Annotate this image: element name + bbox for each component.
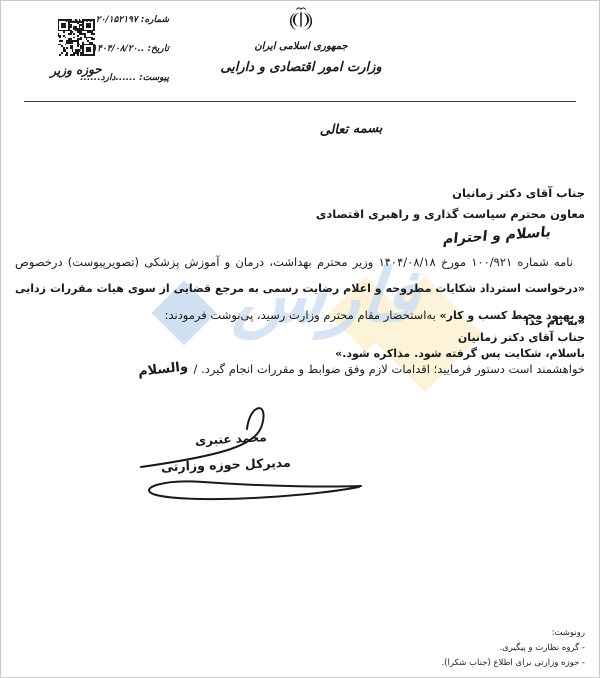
cc-block: رونوشت: - گروه نظارت و پیگیری. - حوزه وز… [441, 626, 585, 671]
handwritten-valediction: والسلام [137, 359, 188, 379]
minister-annotation: «به نام خدا جناب آقای دکتر زمانیان باسلا… [335, 314, 585, 362]
annotation-line: «به نام خدا [335, 314, 585, 330]
signature-block: محمد عنبری مدیرکل حوزه وزارتی [129, 399, 381, 517]
cc-item: - حوزه وزارتی برای اطلاع (جناب شکرا). [441, 656, 585, 671]
addressee-title: معاون محترم سیاست گذاری و راهبری اقتصادی [316, 204, 585, 225]
annotation-line: باسلام، شکایت پس گرفته شود. مذاکره شود.» [335, 346, 585, 362]
body-text-pre: نامه شماره ۱۰۰/۹۲۱ مورخ ۱۴۰۴/۰۸/۱۸ وزیر … [15, 255, 573, 269]
iran-emblem-icon [288, 5, 314, 35]
letter-attachment-label: پیوست: [139, 73, 169, 83]
qr-code-icon [58, 19, 95, 56]
cc-item: - گروه نظارت و پیگیری. [441, 641, 585, 656]
official-letter-page: فارس شماره: ۲۰/۱۵۲۱۹۷ ........ تاریخ: ..… [0, 0, 600, 678]
letter-number-label: شماره: [141, 15, 169, 25]
addressee-name: جناب آقای دکتر زمانیان [316, 183, 585, 204]
letterhead-right: حوزه وزیر [39, 19, 113, 77]
header-divider [24, 101, 576, 102]
letterhead-center: جمهوری اسلامی ایران وزارت امور اقتصادی و… [201, 5, 401, 75]
closing-text: خواهشمند است دستور فرمایید؛ اقدامات لازم… [194, 362, 585, 376]
closing-line: خواهشمند است دستور فرمایید؛ اقدامات لازم… [15, 362, 585, 377]
ministry-title: وزارت امور اقتصادی و دارایی [201, 60, 401, 75]
addressee-block: جناب آقای دکتر زمانیان معاون محترم سیاست… [316, 183, 585, 225]
annotation-line: جناب آقای دکتر زمانیان [335, 330, 585, 346]
minister-office-label: حوزه وزیر [39, 62, 113, 79]
country-title: جمهوری اسلامی ایران [201, 41, 401, 52]
cc-label: رونوشت: [441, 626, 585, 641]
letter-date-label: تاریخ: [147, 44, 169, 54]
